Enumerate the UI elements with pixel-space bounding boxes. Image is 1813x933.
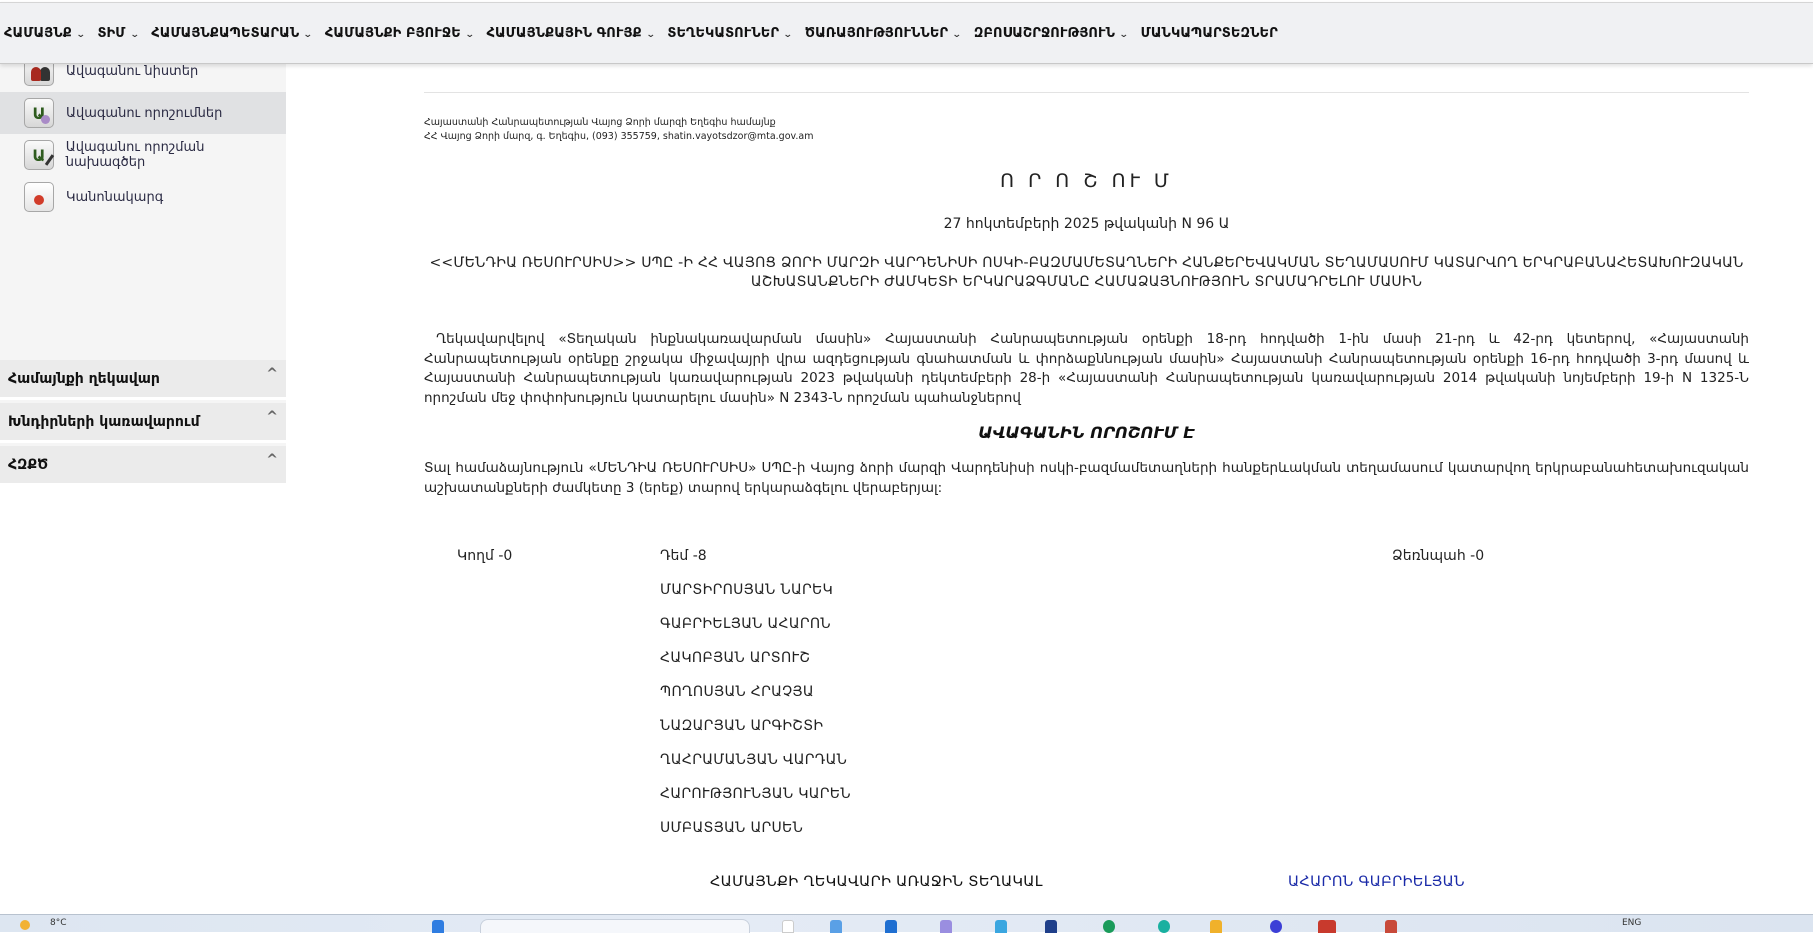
vote-against: Դեմ -8 <box>660 548 707 564</box>
task-view-icon[interactable] <box>782 920 794 932</box>
list-item: ՆԱԶԱՐՅԱՆ ԱՐԳԻՇՏԻ <box>660 718 851 752</box>
document-subject: <<ՄԵՆԴԻԱ ՌԵՍՈՒՐՍԻՍ>> ՍՊԸ -Ի ՀՀ ՎԱՅՈՑ ՁՈՐ… <box>424 254 1749 292</box>
folder-icon[interactable] <box>1210 920 1222 932</box>
document-content: Հայաստանի Հանրապետության Վայոց Ձորի մարզ… <box>286 64 1813 900</box>
chevron-down-icon: ⌄ <box>465 30 475 40</box>
os-taskbar: 8°C ENG <box>0 914 1813 932</box>
regulation-icon <box>24 182 54 212</box>
nav-item-directories[interactable]: ՏԵՂԵԿԱՏՈՒՆԵՐ⌄ <box>667 26 791 41</box>
nav-item-municipality[interactable]: ՀԱՄԱՅՆՔԱՊԵՏԱՐԱՆ⌄ <box>151 26 312 41</box>
decision-paragraph: Տալ համաձայնություն «ՄԵՆԴԻԱ ՌԵՍՈՒՐՍԻՍ» Ս… <box>424 459 1749 498</box>
document-date: 27 հոկտեմբերի 2025 թվականի N 96 Ա <box>424 216 1749 232</box>
list-item: ՄԱՐՏԻՐՈՍՅԱՆ ՆԱՐԵԿ <box>660 582 851 616</box>
accordion-community-head[interactable]: Համայնքի ղեկավար ^ <box>0 360 286 400</box>
chevron-down-icon: ⌄ <box>129 30 139 40</box>
list-item: ՂԱՀՐԱՄԱՆՅԱՆ ՎԱՐԴԱՆ <box>660 752 851 786</box>
list-item: ՀԱԿՈԲՅԱՆ ԱՐՏՈՒՇ <box>660 650 851 684</box>
weather-icon <box>20 920 30 930</box>
sidebar-item-council-decisions[interactable]: Ա Ավագանու որոշումներ <box>0 92 286 134</box>
app-icon[interactable] <box>1158 920 1170 932</box>
signatory-name-link[interactable]: ԱՀԱՐՈՆ ԳԱԲՐԻԵԼՅԱՆ <box>1288 874 1465 890</box>
list-item: ԳԱԲՐԻԵԼՅԱՆ ԱՀԱՐՈՆ <box>660 616 851 650</box>
browser-icon[interactable] <box>1318 920 1336 932</box>
sidebar-item-regulation[interactable]: Կանոնակարգ <box>0 176 286 218</box>
weather-temp: 8°C <box>50 918 67 928</box>
language-indicator[interactable]: ENG <box>1622 918 1641 928</box>
chevron-down-icon: ⌄ <box>1119 30 1129 40</box>
app-icon[interactable] <box>1385 920 1397 932</box>
app-icon[interactable] <box>830 920 842 932</box>
app-icon[interactable] <box>995 920 1007 932</box>
app-icon[interactable] <box>885 920 897 932</box>
taskbar-search[interactable] <box>480 919 750 932</box>
decides-heading: ԱՎԱԳԱՆԻՆ ՈՐՈՇՈՒՄ Է <box>424 423 1749 442</box>
accordion-hzqts[interactable]: ՀԶՔԾ ^ <box>0 446 286 486</box>
nav-item-community[interactable]: ՀԱՄԱՅՆՔ⌄ <box>4 26 84 41</box>
council-decisions-icon: Ա <box>24 98 54 128</box>
chevron-down-icon: ⌄ <box>783 30 793 40</box>
accordion-issue-management[interactable]: Խնդիրների կառավարում ^ <box>0 403 286 443</box>
nav-item-kindergartens[interactable]: ՄԱՆԿԱՊԱՐՏԵԶՆԵՐ <box>1141 26 1278 41</box>
list-item: ՀԱՐՈՒԹՅՈՒՆՅԱՆ ԿԱՐԵՆ <box>660 786 851 820</box>
nav-item-services[interactable]: ԾԱՌԱՅՈՒԹՅՈՒՆՆԵՐ⌄ <box>805 26 961 41</box>
vote-abstain: Ձեռնպահ -0 <box>1392 548 1484 564</box>
app-icon[interactable] <box>940 920 952 932</box>
nav-item-lsg[interactable]: ՏԻՄ⌄ <box>97 26 138 41</box>
chevron-up-icon: ^ <box>266 409 278 425</box>
chevron-down-icon: ⌄ <box>76 30 86 40</box>
vote-for: Կողմ -0 <box>457 548 512 564</box>
chevron-up-icon: ^ <box>266 452 278 468</box>
sidebar-item-draft-decisions[interactable]: Ա Ավագանու որոշման նախագծեր <box>0 134 286 176</box>
against-names-list: ՄԱՐՏԻՐՈՍՅԱՆ ՆԱՐԵԿ ԳԱԲՐԻԵԼՅԱՆ ԱՀԱՐՈՆ ՀԱԿՈ… <box>660 582 851 854</box>
letterhead: Հայաստանի Հանրապետության Վայոց Ձորի մարզ… <box>424 116 814 144</box>
divider <box>424 92 1749 93</box>
sidebar: Ավագանու նիստեր Ա Ավագանու որոշումներ Ա … <box>0 64 286 486</box>
app-icon[interactable] <box>1103 920 1115 932</box>
start-icon[interactable] <box>432 920 444 932</box>
nav-item-budget[interactable]: ՀԱՄԱՅՆՔԻ ԲՅՈՒՋԵ⌄ <box>325 26 474 41</box>
preamble-paragraph: Ղեկավարվելով «Տեղական ինքնակառավարման մա… <box>424 330 1749 408</box>
app-icon[interactable] <box>1045 920 1057 932</box>
chevron-down-icon: ⌄ <box>646 30 656 40</box>
list-item: ՍՄԲԱՏՅԱՆ ԱՐՍԵՆ <box>660 820 851 854</box>
top-navigation: ՀԱՄԱՅՆՔ⌄ ՏԻՄ⌄ ՀԱՄԱՅՆՔԱՊԵՏԱՐԱՆ⌄ ՀԱՄԱՅՆՔԻ … <box>0 2 1813 64</box>
chevron-down-icon: ⌄ <box>303 30 313 40</box>
app-icon[interactable] <box>1270 920 1282 932</box>
nav-item-property[interactable]: ՀԱՄԱՅՆՔԱՅԻՆ ԳՈՒՅՔ⌄ <box>486 26 654 41</box>
list-item: ՊՈՂՈՍՅԱՆ ՀՐԱՉՅԱ <box>660 684 851 718</box>
nav-item-tourism[interactable]: ԶԲՈՍԱՇՐՋՈՒԹՅՈՒՆ⌄ <box>974 26 1128 41</box>
signatory-title: ՀԱՄԱՅՆՔԻ ՂԵԿԱՎԱՐԻ ԱՌԱՋԻՆ ՏԵՂԱԿԱԼ <box>710 874 1043 890</box>
draft-decisions-icon: Ա <box>24 140 54 170</box>
document-title: Ո Ր Ո Շ ՈՒ Մ <box>424 170 1749 192</box>
chevron-down-icon: ⌄ <box>952 30 962 40</box>
chevron-up-icon: ^ <box>266 366 278 382</box>
